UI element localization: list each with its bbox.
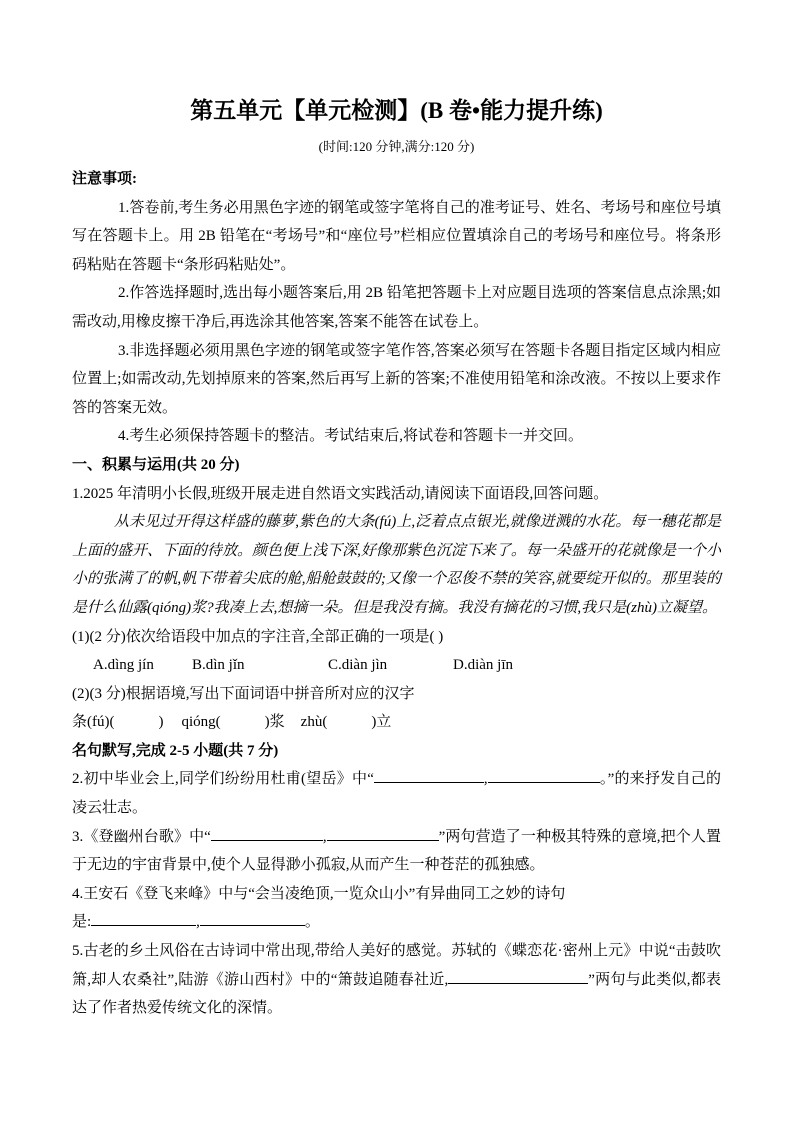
question-1-sub1-label: (1)(2 分)依次给语段中加点的字注音,全部正确的一项是( ) [72,623,721,652]
question-1-intro: 1.2025 年清明小长假,班级开展走进自然语文实践活动,请阅读下面语段,回答问… [72,480,721,509]
option-c: C.diàn jìn [328,651,453,680]
exam-paper-page: 第五单元【单元检测】(B 卷•能力提升练) (时间:120 分钟,满分:120 … [0,0,793,1122]
notice-item-1: 1.答卷前,考生务必用黑色字迹的钢笔或签字笔将自己的准考证号、姓名、考场号和座位… [72,194,721,280]
question-3: 3.《登幽州台歌》中“,”两句营造了一种极其特殊的意境,把个人置于无边的宇宙背景… [72,823,721,880]
text-run: zhù( [301,714,328,730]
text-run: 3.《登幽州台歌》中“ [72,829,211,845]
answer-blank [211,825,323,841]
option-b: B.dìn jǐn [192,651,328,680]
text-run: )立 [371,714,391,730]
text-run: 是: [72,914,91,930]
page-title: 第五单元【单元检测】(B 卷•能力提升练) [72,94,721,127]
notice-heading: 注意事项: [72,165,721,194]
answer-blank [488,767,600,783]
option-d: D.diàn jīn [453,651,513,680]
answer-blank [200,910,305,926]
exam-subtitle: (时间:120 分钟,满分:120 分) [72,136,721,157]
notice-item-4: 4.考生必须保持答题卡的整洁。考试结束后,将试卷和答题卡一并交回。 [72,422,721,451]
question-4-line1: 4.王安石《登飞来峰》中与“会当凌绝顶,一览众山小”有异曲同工之妙的诗句 [72,880,721,909]
dotted-char: 禁 [491,571,506,587]
question-2: 2.初中毕业会上,同学们纷纷用杜甫(望岳》中“,。”的来抒发自己的凌云壮志。 [72,765,721,822]
answer-blank [448,968,588,984]
question-4-line2: 是:,。 [72,908,721,937]
section-1-heading: 一、积累与运用(共 20 分) [72,451,721,480]
answer-blank [91,910,196,926]
text-run: 条(fú)( [72,714,114,730]
text-run: 。 [305,914,320,930]
text-run: )浆 [265,714,285,730]
text-run: ) [158,714,163,730]
question-5: 5.古老的乡土风俗在古诗词中常出现,带给人美好的感觉。苏轼的《蝶恋花·密州上元》… [72,937,721,1023]
answer-blank [374,767,484,783]
text-run: qióng( [181,714,220,730]
notice-item-2: 2.作答选择题时,选出每小题答案后,用 2B 铅笔把答题卡上对应题目选项的答案信… [72,279,721,336]
pinyin-fill-line: 条(fú)()qióng()浆zhù()立 [72,708,721,737]
option-a: A.dìng jín [93,651,192,680]
answer-blank [327,825,439,841]
reading-passage: 从未见过开得这样盛的藤萝,紫色的大条(fú)上,泛着点点银光,就像迸溅的水花。每… [72,508,721,622]
notice-item-3: 3.非选择题必须用黑色字迹的钢笔或签字笔作答,答案必须写在答题卡各题目指定区域内… [72,337,721,423]
text-run: 2.初中毕业会上,同学们纷纷用杜甫(望岳》中“ [72,771,374,787]
question-1-sub1-options: A.dìng jín B.dìn jǐn C.diàn jìn D.diàn j… [72,651,721,680]
dotted-char: 淀 [451,543,466,559]
question-1-sub2-label: (2)(3 分)根据语境,写出下面词语中拼音所对应的汉字 [72,680,721,709]
dictation-heading: 名句默写,完成 2-5 小题(共 7 分) [72,737,721,766]
